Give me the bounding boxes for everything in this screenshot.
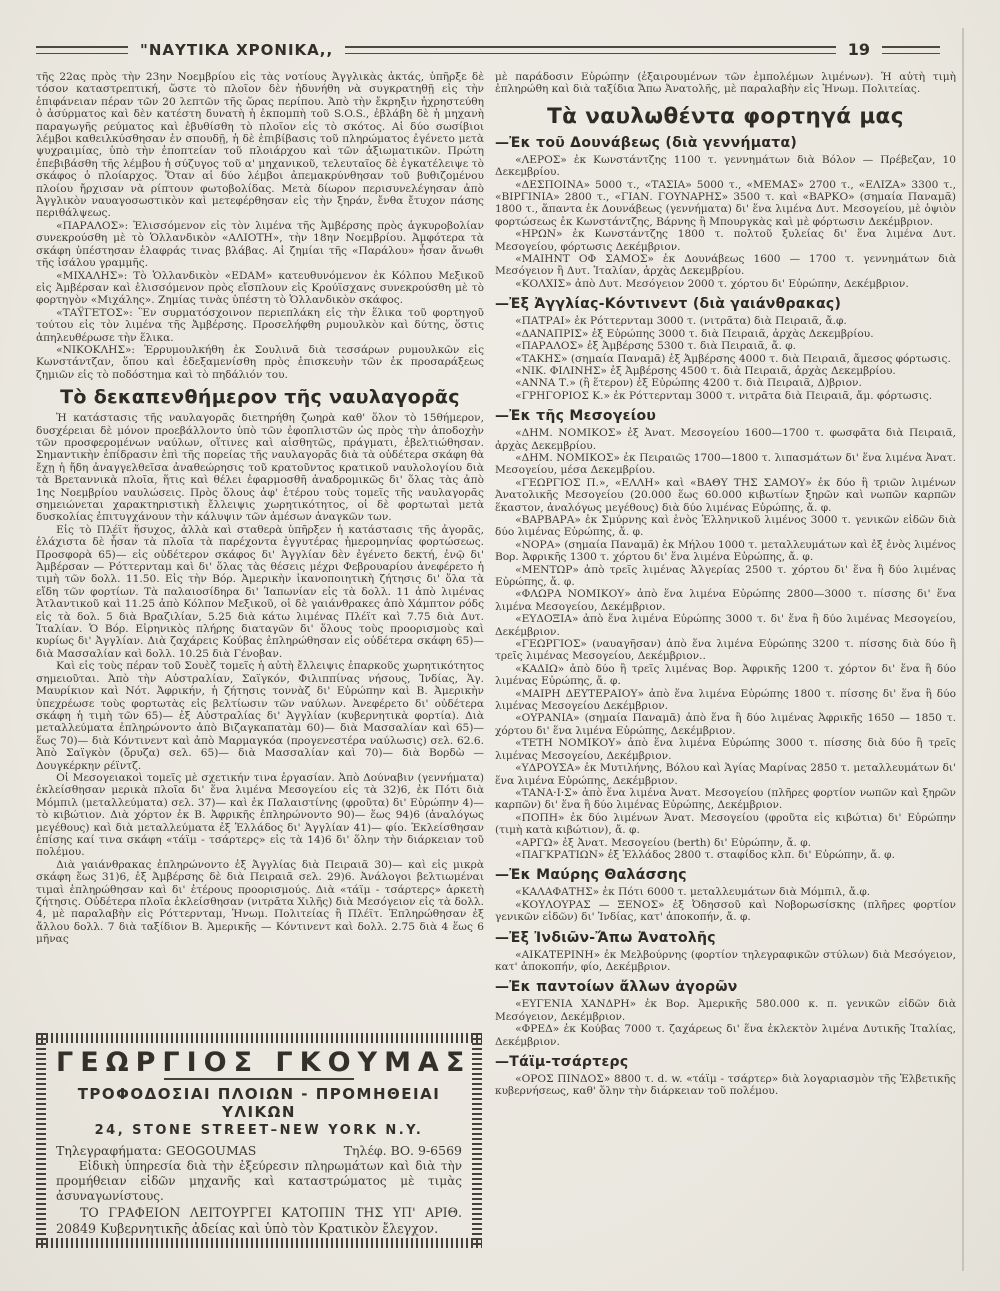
charter-entry: «ΑΙΚΑΤΕΡΙΝΗ» ἐκ Μελβούρνης (φορτίον τηλε… bbox=[495, 949, 956, 974]
ad-border-bottom bbox=[36, 1238, 482, 1248]
ship-report-michalis: «ΜΙΧΑΛΗΣ»: Τὸ Ὁλλανδικὸν «EDAM» κατευθυν… bbox=[36, 270, 484, 307]
masthead: "ΝΑΥΤΙΚΑ ΧΡΟΝΙΚΑ,, 19 bbox=[0, 0, 1000, 59]
left-column: τῆς 22ας πρὸς τὴν 23ην Νοεμβρίου εἰς τὰς… bbox=[36, 71, 484, 1274]
charter-entry: «ΑΡΓΩ» ἐξ Ἀνατ. Μεσογείου (berth) δι' Εὐ… bbox=[495, 837, 956, 849]
right-column: μὲ παράδοσιν Εὐρώπην (ἐξαιρουμένων τῶν ἐ… bbox=[495, 71, 956, 1274]
subheading-other-markets: —Ἐκ παντοίων ἄλλων ἀγορῶν bbox=[495, 979, 956, 995]
charter-entry: «ΓΕΩΡΓΙΟΣ» (ναυαγῆσαν) ἀπὸ ἕνα λιμένα Εὐ… bbox=[495, 638, 956, 663]
ad-border-left bbox=[36, 1033, 46, 1248]
charter-entry: «ΝΟΡΑ» (σημαία Παναμᾶ) ἐκ Μήλου 1000 τ. … bbox=[495, 539, 956, 564]
subheading-black-sea: —Ἐκ Μαύρης Θαλάσσης bbox=[495, 867, 956, 883]
ad-body-text: Εἰδικὴ ὑπηρεσία διὰ τὴν ἐξεύρεσιν πληρωμ… bbox=[56, 1159, 462, 1203]
charter-entry: «ΟΡΟΣ ΠΙΝΔΟΣ» 8800 τ. d. w. «τάϊμ - τσάρ… bbox=[495, 1073, 956, 1098]
charter-entry: «ΜΕΝΤΩΡ» ἀπὸ τρεῖς λιμένας Ἀλγερίας 2500… bbox=[495, 564, 956, 589]
charter-entry: «ΛΕΡΟΣ» ἐκ Κωνστάντζης 1100 τ. γεννημάτω… bbox=[495, 154, 956, 179]
charter-entry: «ΚΟΛΧΙΣ» ἀπὸ Δυτ. Μεσόγειον 2000 τ. χόρτ… bbox=[495, 278, 956, 290]
ad-phone-number: Τηλέφ. ΒΟ. 9-6569 bbox=[344, 1143, 462, 1158]
ad-content: ΓΕΩΡΓΙΟΣ ΓΚΟΥΜΑΣ ΤΡΟΦΟΔΟΣΙΑΙ ΠΛΟΙΩΝ - ΠΡ… bbox=[36, 1033, 482, 1248]
charter-entry: «ΕΥΔΟΞΙΑ» ἀπὸ ἕνα λιμένα Εὐρώπης 3000 τ.… bbox=[495, 613, 956, 638]
masthead-rule-left bbox=[36, 46, 128, 54]
charter-entry: «ΤΕΤΗ ΝΟΜΙΚΟΥ» ἀπὸ ἕνα λιμένα Εὐρώπης 30… bbox=[495, 737, 956, 762]
charter-entry: «ΔΗΜ. ΝΟΜΙΚΟΣ» ἐξ Ἀνατ. Μεσογείου 1600—1… bbox=[495, 427, 956, 452]
ship-report-paralos: «ΠΑΡΑΛΟΣ»: Ἑλισσόμενον εἰς τὸν λιμένα τῆ… bbox=[36, 220, 484, 270]
ad-address-line: 24, STONE STREET–NEW YORK N.Y. bbox=[56, 1123, 462, 1138]
market-paragraph: Ἡ κατάστασις τῆς ναυλαγορᾶς διετηρήθη ζω… bbox=[36, 412, 484, 524]
ad-border-right bbox=[472, 1033, 482, 1248]
charter-entry: «ΔΑΝΑΠΡΙΣ» ἐξ Εὐρώπης 3000 τ. διὰ Πειραι… bbox=[495, 328, 956, 340]
advertisement-goumas: ΓΕΩΡΓΙΟΣ ΓΚΟΥΜΑΣ ΤΡΟΦΟΔΟΣΙΑΙ ΠΛΟΙΩΝ - ΠΡ… bbox=[36, 1033, 482, 1248]
market-paragraph: Οἱ Μεσογειακοὶ τομεῖς μὲ σχετικήν τινα ἐ… bbox=[36, 772, 484, 859]
page-edge-line bbox=[962, 28, 964, 1271]
subheading-mediterranean: —Ἐκ τῆς Μεσογείου bbox=[495, 408, 956, 424]
charter-entry: «ΚΟΥΛΟΥΡΑΣ — ΞΕΝΟΣ» ἐξ Ὀδησσοῦ καὶ Νοβορ… bbox=[495, 899, 956, 924]
ad-license-text: ΤΟ ΓΡΑΦΕΙΟΝ ΛΕΙΤΟΥΡΓΕΙ ΚΑΤΟΠΙΝ ΤΗΣ ΥΠ' Α… bbox=[56, 1205, 462, 1236]
magazine-title: "ΝΑΥΤΙΚΑ ΧΡΟΝΙΚΑ,, bbox=[140, 41, 333, 59]
ad-services-line: ΤΡΟΦΟΔΟΣΙΑΙ ΠΛΟΙΩΝ - ΠΡΟΜΗΘΕΙΑΙ ΥΛΙΚΩΝ bbox=[56, 1085, 462, 1121]
ship-report-nikoklis: «ΝΙΚΟΚΛΗΣ»: Ἐρρυμουλκήθη ἐκ Σουλινᾶ διὰ … bbox=[36, 344, 484, 381]
subheading-time-charters: —Τάϊμ-τσάρτερς bbox=[495, 1054, 956, 1070]
section-heading-freight-fortnight: Τὸ δεκαπενθήμερον τῆς ναυλαγορᾶς bbox=[36, 386, 484, 408]
subheading-england-continent: —Ἐξ Ἀγγλίας-Κόντινεντ (διὰ γαιάνθρακας) bbox=[495, 296, 956, 312]
charter-entry: «ΤΑΚΗΣ» (σημαία Παναμᾶ) ἐξ Ἀμβέρσης 4000… bbox=[495, 353, 956, 365]
charter-entry: «ΚΑΔΙΩ» ἀπὸ δύο ἢ τρεῖς λιμένας Βορ. Ἀφρ… bbox=[495, 663, 956, 688]
market-paragraph: Διὰ γαιάνθρακας ἐπληρώνοντο ἐξ Ἀγγλίας δ… bbox=[36, 859, 484, 946]
charter-entry: «ΜΑΙΗΝΤ ΟΦ ΣΑΜΟΣ» ἐκ Δουνάβεως 1600 — 17… bbox=[495, 253, 956, 278]
masthead-rule-center bbox=[345, 46, 836, 54]
charter-entry: «ΦΛΩΡΑ ΝΟΜΙΚΟΥ» ἀπὸ ἕνα λιμένα Εὐρώπης 2… bbox=[495, 588, 956, 613]
charter-entry: «ΤΑΝΑ·Ι·Σ» ἀπὸ ἕνα λιμένα Ἀνατ. Μεσογείο… bbox=[495, 787, 956, 812]
charter-entry: «ΠΑΤΡΑΙ» ἐκ Ρόττερνταμ 3000 τ. (νιτρᾶτα)… bbox=[495, 315, 956, 327]
charter-entry: «ΠΑΓΚΡΑΤΙΩΝ» ἐξ Ἑλλάδος 2800 τ. σταφίδος… bbox=[495, 849, 956, 861]
magazine-page: "ΝΑΥΤΙΚΑ ΧΡΟΝΙΚΑ,, 19 τῆς 22ας πρὸς τὴν … bbox=[0, 0, 1000, 1291]
subheading-danube: —Ἐκ τοῦ Δουνάβεως (διὰ γεννήματα) bbox=[495, 135, 956, 151]
ad-border-top bbox=[36, 1033, 482, 1043]
charter-entry: «ΕΥΓΕΝΙΑ ΧΑΝΔΡΗ» ἐκ Βορ. Ἀμερικῆς 580.00… bbox=[495, 998, 956, 1023]
charter-entry: «ΓΕΩΡΓΙΟΣ Π.», «ΕΛΛΗ» καὶ «ΒΑΘΥ ΤΗΣ ΣΑΜΟ… bbox=[495, 477, 956, 514]
market-paragraph: Καὶ εἰς τοὺς πέραν τοῦ Σουὲζ τομεῖς ἡ αὐ… bbox=[36, 660, 484, 772]
ship-report-taygetos: «ΤΑΫΓΕΤΟΣ»: Ἓν συρματόσχοινον περιεπλάκη… bbox=[36, 307, 484, 344]
ad-contact-row: Τηλεγραφήματα: GEOGOUMAS Τηλέφ. ΒΟ. 9-65… bbox=[56, 1143, 462, 1158]
charter-entry: «ΒΑΡΒΑΡΑ» ἐκ Σμύρνης καὶ ἑνὸς Ἑλληνικοῦ … bbox=[495, 514, 956, 539]
paragraph-continued: τῆς 22ας πρὸς τὴν 23ην Νοεμβρίου εἰς τὰς… bbox=[36, 71, 484, 220]
charter-entry: «ΔΗΜ. ΝΟΜΙΚΟΣ» ἐκ Πειραιῶς 1700—1800 τ. … bbox=[495, 452, 956, 477]
ad-cable-address: Τηλεγραφήματα: GEOGOUMAS bbox=[56, 1143, 256, 1158]
content-columns: τῆς 22ας πρὸς τὴν 23ην Νοεμβρίου εἰς τὰς… bbox=[0, 59, 1000, 1274]
charter-entry: «ΝΙΚ. ΦΙΛΙΝΗΣ» ἐξ Ἀμβέρσης 4500 τ. διὰ Π… bbox=[495, 365, 956, 377]
charter-entry: «ΑΝΝΑ Τ.» (ἢ ἕτερον) ἐξ Εὐρώπης 4200 τ. … bbox=[495, 377, 956, 389]
charter-entry: «ΠΑΡΑΛΟΣ» ἐξ Ἀμβέρσης 5300 τ. διὰ Πειραι… bbox=[495, 340, 956, 352]
section-heading-chartered-cargo: Τὰ ναυλωθέντα φορτηγά μας bbox=[495, 104, 956, 129]
paragraph-continued: μὲ παράδοσιν Εὐρώπην (ἐξαιρουμένων τῶν ἐ… bbox=[495, 71, 956, 96]
charter-entry: «ΜΑΙΡΗ ΔΕΥΤΕΡΑΙΟΥ» ἀπὸ ἕνα λιμένα Εὐρώπη… bbox=[495, 688, 956, 713]
charter-entry: «ΓΡΗΓΟΡΙΟΣ Κ.» ἐκ Ρόττερνταμ 3000 τ. νιτ… bbox=[495, 390, 956, 402]
ad-underline bbox=[164, 1078, 354, 1080]
charter-entry: «ΟΥΡΑΝΙΑ» (σημαία Παναμᾶ) ἀπὸ ἕνα ἢ δύο … bbox=[495, 712, 956, 737]
masthead-rule-right bbox=[882, 46, 940, 54]
charter-entry: «ΔΕΣΠΟΙΝΑ» 5000 τ., «ΤΑΣΙΑ» 5000 τ., «ΜΕ… bbox=[495, 179, 956, 229]
charter-entry: «ΗΡΩΝ» ἐκ Κωνστάντζης 1800 τ. πολτοῦ ξυλ… bbox=[495, 228, 956, 253]
charter-entry: «ΚΑΛΑΦΑΤΗΣ» ἐκ Πότι 6000 τ. μεταλλευμάτω… bbox=[495, 886, 956, 898]
charter-entry: «ΦΡΕΔ» ἐκ Κούβας 7000 τ. ζαχάρεως δι' ἕν… bbox=[495, 1023, 956, 1048]
charter-entry: «ΥΔΡΟΥΣΑ» ἐκ Μυτιλήνης, Βόλου καὶ Ἁγίας … bbox=[495, 762, 956, 787]
market-paragraph: Εἰς τὸ Πλέϊτ ἥσυχος, ἀλλὰ καὶ σταθερὰ ὑπ… bbox=[36, 524, 484, 660]
page-number: 19 bbox=[848, 40, 870, 59]
charter-entry: «ΠΟΠΗ» ἐκ δύο λιμένων Ἀνατ. Μεσογείου (φ… bbox=[495, 812, 956, 837]
subheading-india-far-east: —Ἐξ Ἰνδιῶν-Ἄπω Ἀνατολῆς bbox=[495, 930, 956, 946]
ad-company-name: ΓΕΩΡΓΙΟΣ ΓΚΟΥΜΑΣ bbox=[56, 1049, 462, 1077]
